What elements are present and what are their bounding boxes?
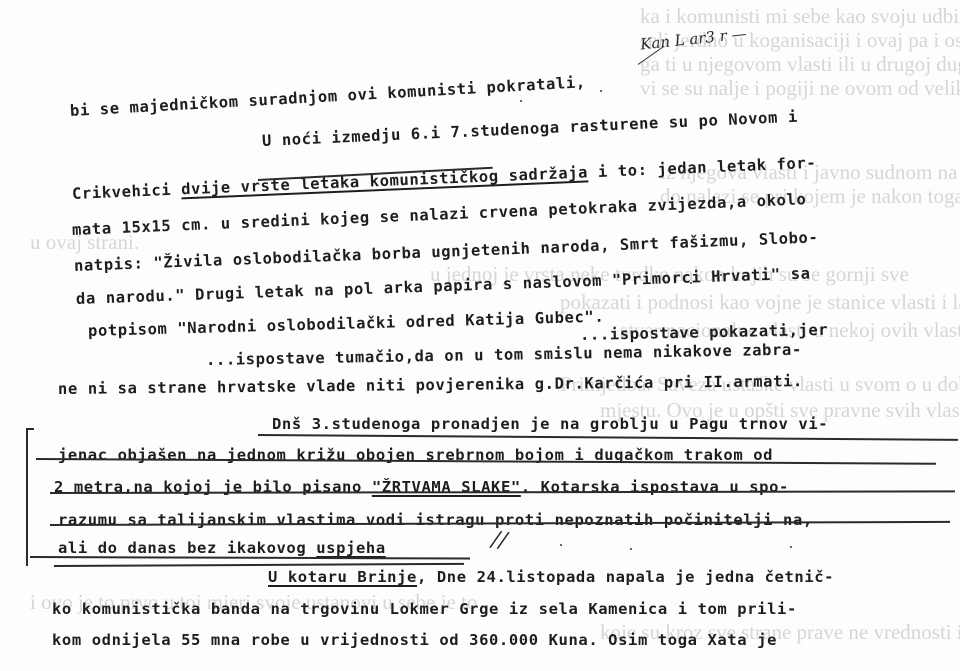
scan-speck xyxy=(600,90,602,92)
ghost-line: pokazati i podnosi kao vojne je stanice … xyxy=(560,290,960,315)
text-line-9: ...ispostave tumačio,da on u tom smislu … xyxy=(206,341,802,369)
handwritten-annotation: Kan L ar3 r — xyxy=(639,24,747,53)
underlined-phrase: uspjeha xyxy=(316,539,386,557)
underlined-phrase: dvije vrste letaka komunističkog sadržaj… xyxy=(181,163,589,198)
ghost-line: ka i komunisti mi sebe kao svoju udbinu … xyxy=(640,4,960,29)
line-suffix: i to: jedan letak for- xyxy=(588,154,817,182)
line-prefix: ali do danas bez ikakovog xyxy=(58,539,316,557)
text-line-1: bi se majedničkom suradnjom ovi komunist… xyxy=(69,73,586,120)
text-line-6: da narodu." Drugi letak na pol arka papi… xyxy=(76,264,811,308)
text-line-17: ko komunistička banda na trgovinu Lokmer… xyxy=(52,600,797,618)
scan-speck xyxy=(630,548,632,550)
scan-speck xyxy=(560,84,562,86)
text-line-16: U kotaru Brinje, Dne 24.listopada napala… xyxy=(268,568,834,586)
scan-speck xyxy=(560,544,562,546)
text-line-10: ne ni sa strane hrvatske vlade niti povj… xyxy=(58,372,803,398)
margin-bracket xyxy=(26,428,28,566)
text-line-2: U noći izmedju 6.i 7.studenoga rasturene… xyxy=(262,108,799,150)
hand-underline xyxy=(30,556,470,560)
scan-speck xyxy=(520,100,522,102)
scanned-document-page: ka i komunisti mi sebe kao svoju udbinu … xyxy=(0,0,960,671)
hand-underline xyxy=(54,563,464,567)
underlined-phrase: U kotaru Brinje xyxy=(268,568,417,586)
line-suffix: , Dne 24.listopada napala je jedna četni… xyxy=(417,568,834,586)
line-suffix: . Kotarska ispostava u spo- xyxy=(521,478,789,496)
ghost-line: ga ti u njegovom vlasti ili u drugoj dug… xyxy=(640,52,960,77)
line-prefix: Crikvehici xyxy=(72,180,182,203)
handwritten-slash-marks: // xyxy=(490,527,508,554)
hand-underline xyxy=(258,434,958,441)
margin-bracket-top xyxy=(26,428,34,430)
text-line-11: Dnš 3.studenoga pronadjen je na groblju … xyxy=(272,415,828,433)
text-line-15: ali do danas bez ikakovog uspjeha xyxy=(58,539,386,557)
scan-speck xyxy=(790,546,792,548)
scan-speck xyxy=(690,282,692,284)
text-line-14: razumu sa talijanskim vlastima vodi istr… xyxy=(58,511,813,529)
text-line-7: potpisom "Narodni oslobodilački odred Ka… xyxy=(88,308,605,340)
scan-speck xyxy=(720,274,722,276)
ghost-line: vi se su nalje i pogiji ne ovom od velik… xyxy=(640,76,960,101)
text-line-18: kom odnijela 55 mna robe u vrijednosti o… xyxy=(52,631,777,649)
